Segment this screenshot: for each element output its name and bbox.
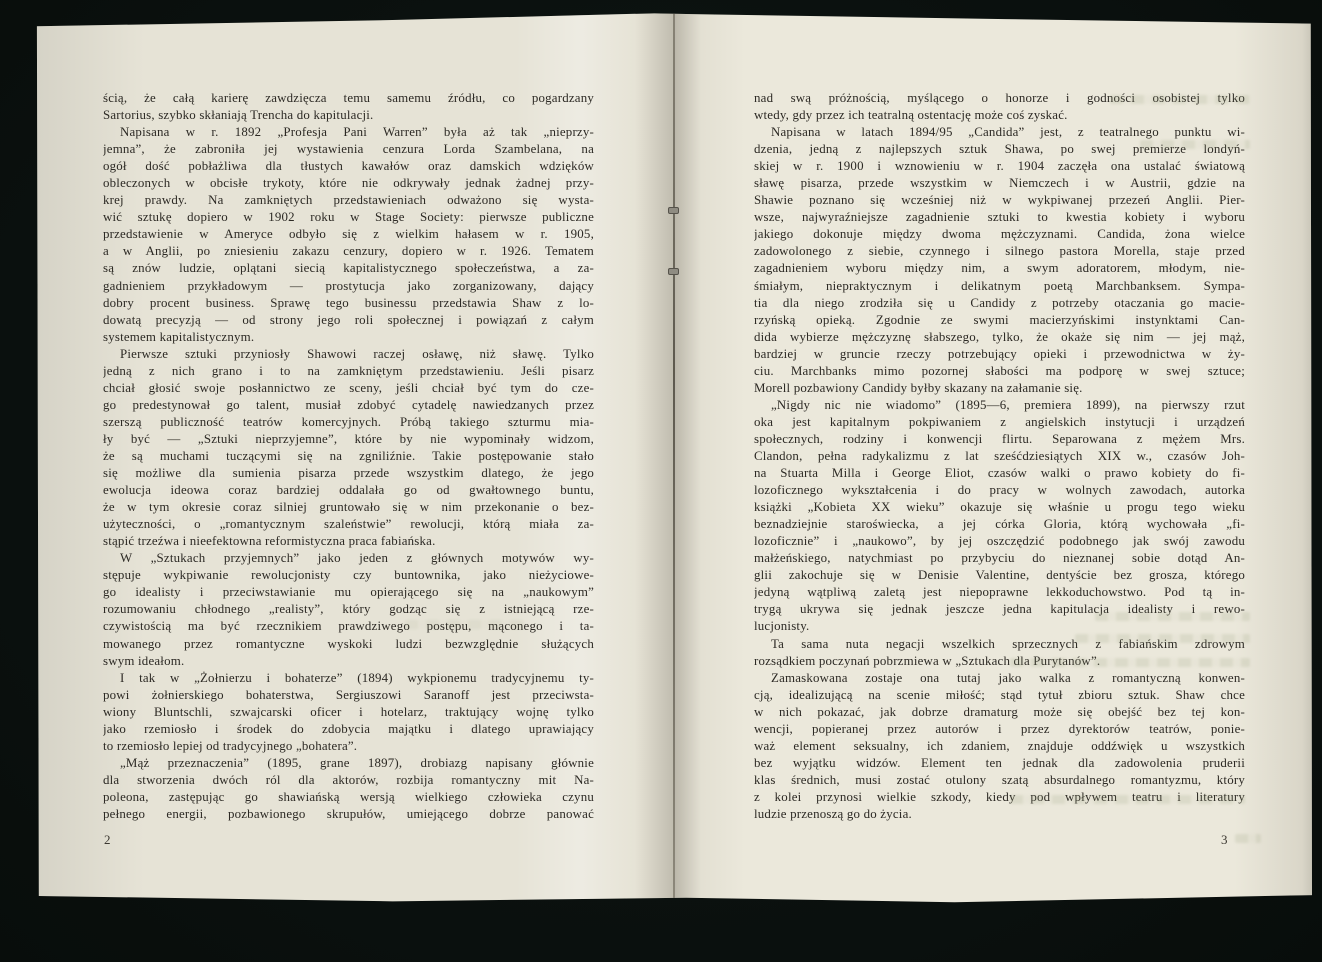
text-line: stąpić trzeźwa i nieefektowna reformisty… <box>103 533 594 550</box>
text-line: poleona, zastępując go shawiańską wersją… <box>103 789 594 806</box>
text-line: glii zakochuje się w Denisie Valentine, … <box>754 567 1245 584</box>
text-line: wtedy, gdy przez ich teatralną ostentacj… <box>754 107 1245 124</box>
text-line: dla stworzenia dwóch ról dla aktorów, ro… <box>103 772 594 789</box>
text-line: tia dla niego zrodziła się u Candidy z p… <box>754 295 1245 312</box>
text-line: zadowolonego z siebie, czynnego i silneg… <box>754 243 1245 260</box>
text-line: go idealisty i przeciwstawianie mu opier… <box>103 584 594 601</box>
text-line: waż element seksualny, ich zdaniem, znaj… <box>754 738 1245 755</box>
text-line: a w Anglii, po zniesieniu zakazu cenzury… <box>103 243 594 260</box>
text-line: społecznych, rodziny i konwencji flirtu.… <box>754 431 1245 448</box>
text-line: swym ideałom. <box>103 653 594 670</box>
text-line: ogół dość pobłażliwa dla tłustych kawałó… <box>103 158 594 175</box>
text-line: wiony Bluntschli, szwajcarski oficer i h… <box>103 704 594 721</box>
text-line: małżeńskiego, natychmiast po przybyciu d… <box>754 550 1245 567</box>
text-line: jako rzemiosło i środek do zdobycia mają… <box>103 721 594 738</box>
text-line: na Stuarta Milla i George Eliot, czasów … <box>754 465 1245 482</box>
text-line: szerszą publiczność teatrów komercyjnych… <box>103 414 594 431</box>
text-line: Shawie poznano się wcześniej niż w wykpi… <box>754 192 1245 209</box>
text-line: że w tym okresie coraz silniej gruntował… <box>103 499 594 516</box>
text-line: oka jest kapitalnym pokpiwaniem z angiel… <box>754 414 1245 431</box>
text-line: wsze, najwyraźniejsze zagadnienie sztuki… <box>754 209 1245 226</box>
text-line: lucjonisty. <box>754 618 1245 635</box>
text-line: systemem kapitalistycznym. <box>103 329 594 346</box>
text-line: Napisana w r. 1892 „Profesja Pani Warren… <box>103 124 594 141</box>
text-line: Morell pozbawiony Candidy byłby skazany … <box>754 380 1245 397</box>
text-line: W „Sztukach przyjemnych” jako jeden z gł… <box>103 550 594 567</box>
showthrough-artifact <box>1010 658 1250 667</box>
text-line: stępuje wykpiwanie rewolucjonisty czy bu… <box>103 567 594 584</box>
right-page-text: nad swą próżnością, myślącego o honorze … <box>754 90 1245 823</box>
scan-background: ścią, że całą karierę zawdzięcza temu sa… <box>0 0 1322 962</box>
text-line: sławę pisarza, przede wszystkim w Niemcz… <box>754 175 1245 192</box>
text-line: użyteczności, o „romantycznym szaleństwi… <box>103 516 594 533</box>
text-line: mowanego przez romantyczne wyskoki ludzi… <box>103 636 594 653</box>
text-line: Pierwsze sztuki przyniosły Shawowi racze… <box>103 346 594 363</box>
text-line: śmiałym, niepraktycznym i delikatnym poe… <box>754 278 1245 295</box>
staple-top <box>668 207 679 214</box>
text-line: Sartorius, szybko skłaniają Trencha do k… <box>103 107 594 124</box>
text-line: gadnieniem przykładowym — prostytucja ja… <box>103 278 594 295</box>
text-line: Napisana w latach 1894/95 „Candida” jest… <box>754 124 1245 141</box>
text-line: cją, idealizującą na scenie miłość; stąd… <box>754 687 1245 704</box>
text-line: I tak w „Żołnierzu i bohaterze” (1894) w… <box>103 670 594 687</box>
text-line: rozumowaniu chłodnego „realisty”, który … <box>103 601 594 618</box>
text-line: chciał głosić swoje posłannictwo ze scen… <box>103 380 594 397</box>
text-line: klas średnich, musi zostać otulony szatą… <box>754 772 1245 789</box>
text-line: są znów ludzie, oplątani siecią kapitali… <box>103 260 594 277</box>
text-line: beznadziejnie staroświecka, a jej córka … <box>754 516 1245 533</box>
text-line: obleczonych w obcisłe trykoty, które nie… <box>103 175 594 192</box>
text-line: Clandon, pełna radykalizmu z lat sześćdz… <box>754 448 1245 465</box>
text-line: się możliwe dla sumienia pisarza przede … <box>103 465 594 482</box>
text-line: dowatą precyzją — od strony jego roli sp… <box>103 312 594 329</box>
text-line: wić sztukę dopiero w 1902 roku w Stage S… <box>103 209 594 226</box>
text-line: lozoficznego wykształcenia i do pracy w … <box>754 482 1245 499</box>
showthrough-artifact <box>1140 140 1250 149</box>
text-line: dida wybierze mężczyznę słabszego, tylko… <box>754 329 1245 346</box>
showthrough-artifact <box>405 620 525 629</box>
text-line: przedstawienie w Ameryce odbyło się z wi… <box>103 226 594 243</box>
text-line: bardziej w gruncie rzeczy potrzebujący o… <box>754 346 1245 363</box>
text-line: ludzie przenoszą go do życia. <box>754 806 1245 823</box>
text-line: ścią, że całą karierę zawdzięcza temu sa… <box>103 90 594 107</box>
text-line: w nich pokazać, jak dobrze dramaturg moż… <box>754 704 1245 721</box>
text-line: zagadnieniem wyboru między nim, a swym a… <box>754 260 1245 277</box>
text-line: jedyną wątpliwą zaletą jest niepoprawne … <box>754 584 1245 601</box>
left-page-text: ścią, że całą karierę zawdzięcza temu sa… <box>103 90 594 823</box>
text-line: „Nigdy nic nie wiadomo” (1895—6, premier… <box>754 397 1245 414</box>
showthrough-artifact <box>1010 795 1245 804</box>
page-number-right: 3 <box>1221 832 1228 848</box>
page-number-left: 2 <box>104 832 111 848</box>
text-line: ciu. Marchbanks mimo pozornej słabości m… <box>754 363 1245 380</box>
showthrough-artifact <box>1235 834 1261 843</box>
text-line: rzyńską opieką. Zgodnie ze swymi macierz… <box>754 312 1245 329</box>
text-line: jedną z nich grano i to na zamkniętym pr… <box>103 363 594 380</box>
showthrough-artifact <box>1110 95 1250 104</box>
text-line: Zamaskowana zostaje ona tutaj jako walka… <box>754 670 1245 687</box>
showthrough-artifact <box>1075 634 1250 643</box>
text-line: jemna”, że zabroniła jej wystawienia cen… <box>103 141 594 158</box>
staple-bottom <box>668 268 679 275</box>
text-line: krej prawdy. Na zamkniętych przedstawien… <box>103 192 594 209</box>
text-line: ły być — „Sztuki nieprzyjemne”, które by… <box>103 431 594 448</box>
text-line: „Mąż przeznaczenia” (1895, grane 1897), … <box>103 755 594 772</box>
text-line: że są muchami tuczącymi się na zgniliźni… <box>103 448 594 465</box>
text-line: skiej w r. 1900 i wznowieniu w r. 1904 z… <box>754 158 1245 175</box>
text-line: jakiego dokonuje między dwoma mężczyznam… <box>754 226 1245 243</box>
text-line: powi żołnierskiego bohaterstwa, Sergiusz… <box>103 687 594 704</box>
open-book-spread: ścią, że całą karierę zawdzięcza temu sa… <box>35 12 1312 904</box>
gutter-fold <box>673 12 675 904</box>
text-line: bez wyjątku widzów. Element ten jednak d… <box>754 755 1245 772</box>
showthrough-artifact <box>1095 612 1250 621</box>
text-line: go predestynował go talent, musiał zdoby… <box>103 397 594 414</box>
text-line: lozoficznie” i „naukowo”, by jej oszczęd… <box>754 533 1245 550</box>
text-line: wencji, popieranej przez autorów i przez… <box>754 721 1245 738</box>
text-line: pełnego energii, pozbawionego skrupułów,… <box>103 806 594 823</box>
text-line: dobry procent business. Sprawę tego busi… <box>103 295 594 312</box>
text-line: to rzemiosło lepiej od tradycyjnego „boh… <box>103 738 594 755</box>
text-line: ewolucja ideowa coraz bardziej oddalała … <box>103 482 594 499</box>
text-line: książki „Kobieta XX wieku” okazuje się w… <box>754 499 1245 516</box>
